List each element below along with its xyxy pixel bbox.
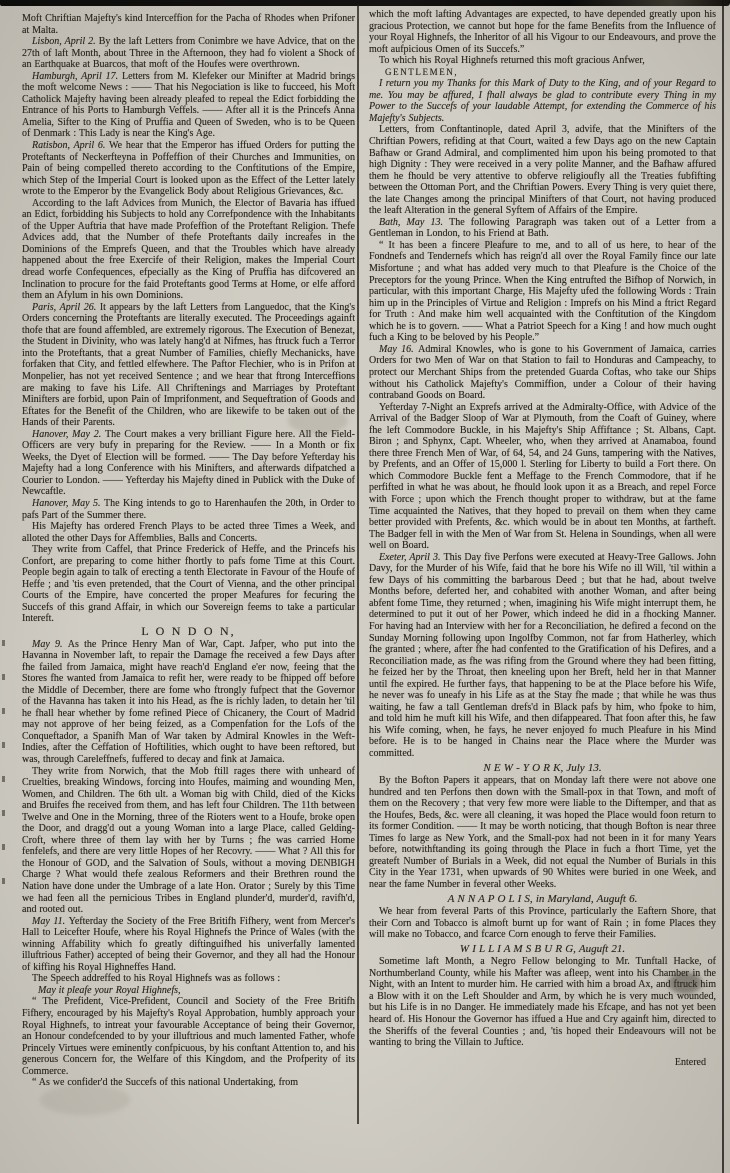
- paragraph: “ The Prefident, Vice-Prefident, Council…: [22, 996, 355, 1077]
- section-heading: W I L L I A M S B U R G, Auguft 21.: [369, 944, 716, 956]
- paragraph: May 11. Yefterday the Society of the Fre…: [22, 916, 355, 974]
- paragraph: Yefterday 7-Night an Exprefs arrived at …: [369, 402, 716, 552]
- scan-edge-right: [722, 0, 724, 1173]
- scan-edge-left-marks: [2, 640, 5, 900]
- right-column: which the moft lafting Advantages are ex…: [369, 9, 716, 1068]
- paragraph: They write from Norwich, that the Mob ft…: [22, 766, 355, 916]
- dateline: Hamburgh, April 17.: [32, 71, 122, 82]
- paragraph: Ratisbon, April 6. We hear that the Empe…: [22, 140, 355, 198]
- paragraph: They write from Caffel, that Prince Fred…: [22, 544, 355, 625]
- paragraph: May 9. As the Prince Henry Man of War, C…: [22, 639, 355, 766]
- paragraph: “ It has been a fincere Pleafure to me, …: [369, 240, 716, 344]
- paragraph: which the moft lafting Advantages are ex…: [369, 9, 716, 55]
- paragraph: Hamburgh, April 17. Letters from M. Klef…: [22, 71, 355, 140]
- paragraph: Moft Chriftian Majefty's kind Interceffi…: [22, 13, 355, 36]
- dateline: May 9.: [32, 639, 68, 650]
- paragraph: The Speech addreffed to his Royal Highne…: [22, 973, 355, 985]
- dateline: Bath, May 13.: [379, 217, 449, 228]
- paragraph: Bath, May 13. The following Paragraph wa…: [369, 217, 716, 240]
- paragraph: By the Bofton Papers it appears, that on…: [369, 775, 716, 890]
- paragraph: Sometime laft Month, a Negro Fellow belo…: [369, 956, 716, 1048]
- section-heading: N E W - Y O R K, July 13.: [369, 763, 716, 775]
- paragraph: I return you my Thanks for this Mark of …: [369, 78, 716, 124]
- dateline: Hanover, May 2.: [32, 429, 105, 440]
- dateline: Lisbon, April 2.: [32, 36, 99, 47]
- paragraph: “ As we confider'd the Succefs of this n…: [22, 1077, 355, 1089]
- newspaper-page: Moft Chriftian Majefty's kind Interceffi…: [0, 0, 730, 1173]
- scan-edge-top: [0, 0, 730, 6]
- section-heading: A N N A P O L I S, in Maryland, Auguft 6…: [369, 894, 716, 906]
- dateline: Paris, April 26.: [32, 302, 100, 313]
- column-divider-rule: [357, 4, 359, 1124]
- dateline: Hanover, May 5.: [32, 498, 104, 509]
- paragraph: According to the laft Advices from Munic…: [22, 198, 355, 302]
- paragraph: May it pleafe your Royal Highnefs,: [22, 985, 355, 997]
- paragraph: Lisbon, April 2. By the laft Letters fro…: [22, 36, 355, 71]
- paragraph: Entered: [369, 1057, 716, 1069]
- dateline: Exeter, April 3.: [379, 552, 444, 563]
- paper-stain: [40, 1085, 130, 1115]
- paragraph: Hanover, May 5. The King intends to go t…: [22, 498, 355, 521]
- dateline: May 11.: [32, 916, 69, 927]
- section-heading: L O N D O N,: [22, 626, 355, 638]
- paragraph: To which his Royal Highnefs returned thi…: [369, 55, 716, 67]
- paragraph: We hear from feveral Parts of this Provi…: [369, 906, 716, 941]
- paragraph: His Majefty has ordered French Plays to …: [22, 521, 355, 544]
- dateline: Ratisbon, April 6.: [32, 140, 109, 151]
- left-column: Moft Chriftian Majefty's kind Interceffi…: [22, 13, 355, 1089]
- paragraph: GENTLEMEN,: [369, 67, 716, 79]
- paragraph: Letters, from Conftantinople, dated Apri…: [369, 124, 716, 216]
- paragraph: Exeter, April 3. This Day five Perfons w…: [369, 552, 716, 760]
- dateline: May 16.: [379, 344, 418, 355]
- paragraph: May 16. Admiral Knowles, who is gone to …: [369, 344, 716, 402]
- paragraph: Hanover, May 2. The Court makes a very b…: [22, 429, 355, 498]
- paragraph: Paris, April 26. It appears by the laft …: [22, 302, 355, 429]
